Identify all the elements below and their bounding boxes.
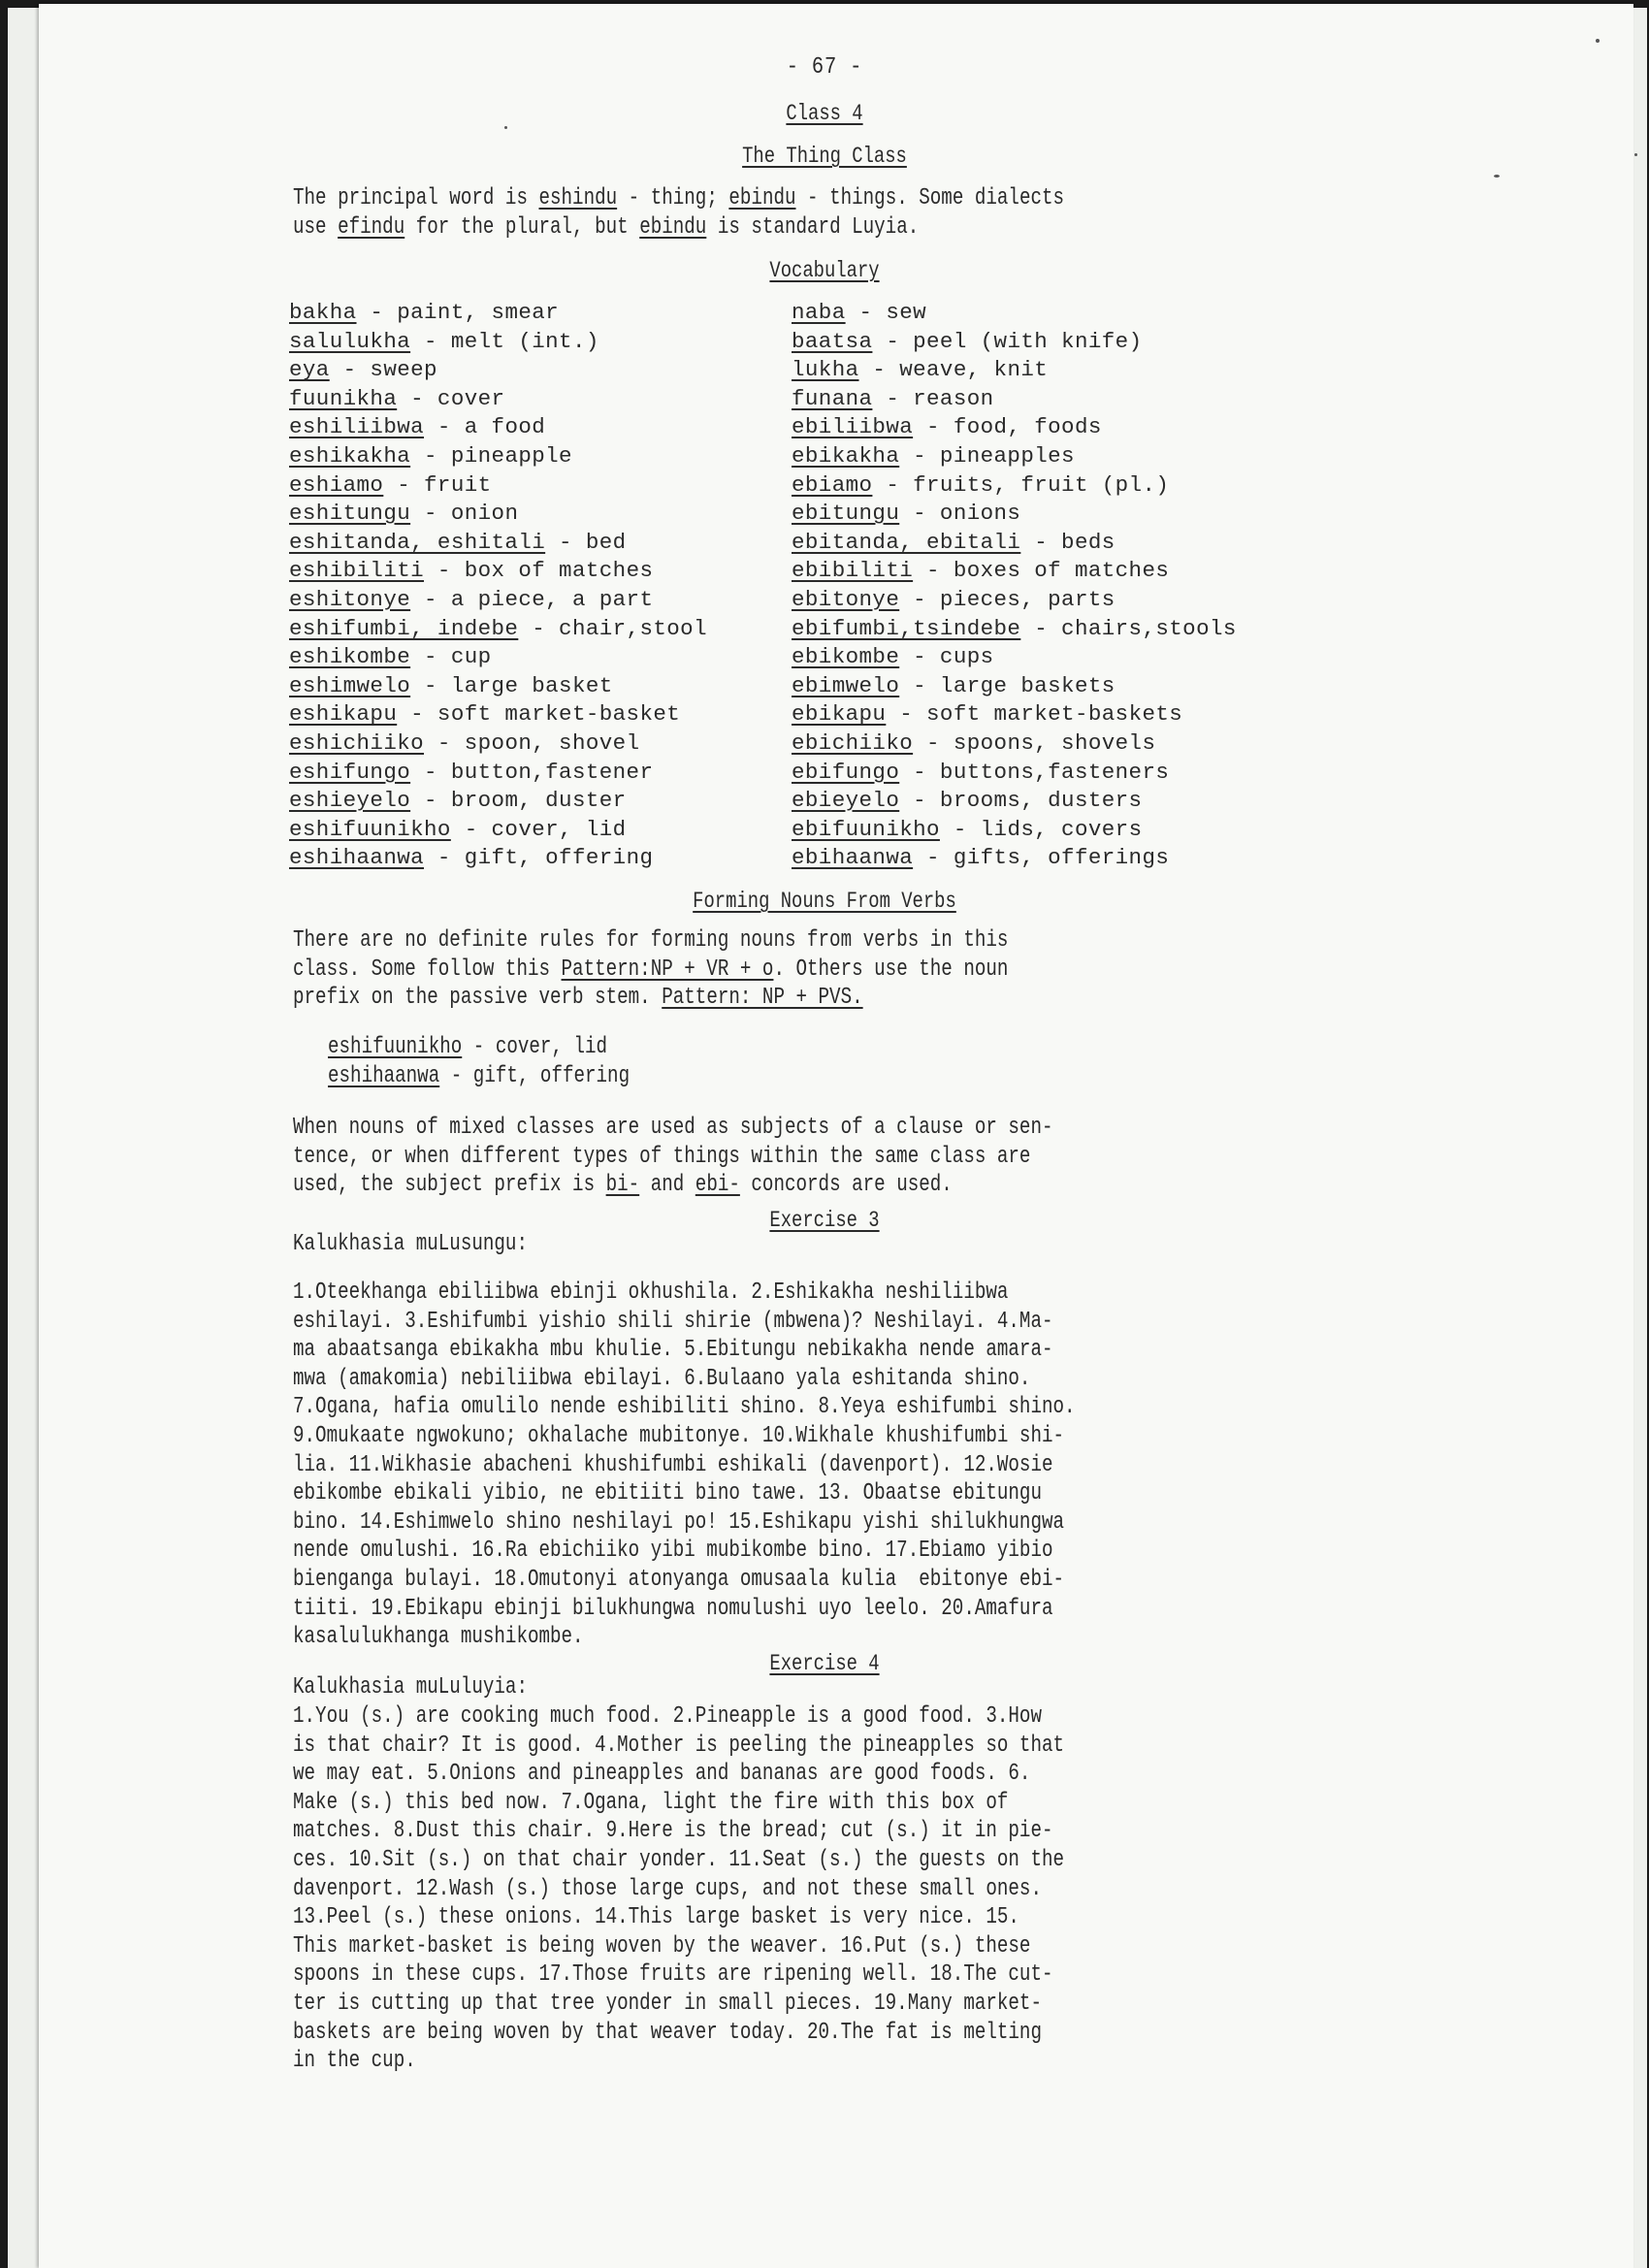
vocabulary-term: eshifungo <box>289 760 410 785</box>
vocabulary-term: eshichiiko <box>289 730 424 756</box>
vocabulary-gloss: - spoon, shovel <box>424 730 639 756</box>
exercise-3-body: 1.Oteekhanga ebiliibwa ebinji okhushila.… <box>293 1279 1286 1652</box>
vocabulary-entry: eshifuunikho - cover, lid <box>289 816 707 845</box>
vocabulary-entry: eshieyelo - broom, duster <box>289 787 707 816</box>
vocabulary-gloss: - brooms, dusters <box>899 788 1142 813</box>
vocabulary-entry: ebitungu - onions <box>792 500 1237 529</box>
vocabulary-gloss: - food, foods <box>913 414 1102 439</box>
scan-speck <box>1596 39 1600 43</box>
vocabulary-gloss: - lids, covers <box>940 817 1143 842</box>
vocabulary-gloss: - button,fastener <box>410 760 653 785</box>
vocabulary-entry: ebichiiko - spoons, shovels <box>792 729 1237 759</box>
vocabulary-term: ebifungo <box>792 760 899 785</box>
vocabulary-term: ebiamo <box>792 472 872 498</box>
vocabulary-term: eshieyelo <box>289 788 410 813</box>
vocabulary-gloss: - pineapple <box>410 443 572 469</box>
vocabulary-entry: lukha - weave, knit <box>792 356 1237 385</box>
vocabulary-gloss: - buttons,fasteners <box>899 760 1169 785</box>
vocabulary-term: ebitungu <box>792 501 899 526</box>
vocabulary-entry: eya - sweep <box>289 356 707 385</box>
vocabulary-gloss: - soft market-basket <box>397 701 680 727</box>
vocabulary-gloss: - broom, duster <box>410 788 626 813</box>
vocabulary-gloss: - fruit <box>383 472 491 498</box>
exercise-4-body: 1.You (s.) are cooking much food. 2.Pine… <box>293 1702 1286 2076</box>
vocabulary-entry: eshitanda, eshitali - bed <box>289 529 707 558</box>
vocabulary-entry: ebikombe - cups <box>792 643 1237 672</box>
vocabulary-term: eya <box>289 357 330 382</box>
page-number: - 67 - <box>124 54 1526 81</box>
vocabulary-gloss: - gift, offering <box>439 1063 630 1089</box>
vocabulary-term: ebitanda, ebitali <box>792 530 1020 555</box>
underlined-term: ebindu <box>639 214 706 241</box>
vocabulary-gloss: - cups <box>899 644 993 669</box>
vocabulary-entry: ebikapu - soft market-baskets <box>792 700 1237 729</box>
vocabulary-heading-text: Vocabulary <box>769 258 879 283</box>
vocabulary-entry: ebiliibwa - food, foods <box>792 413 1237 442</box>
vocabulary-gloss: - melt (int.) <box>410 329 599 354</box>
vocabulary-gloss: - pieces, parts <box>899 587 1115 612</box>
vocabulary-term: eshihaanwa <box>328 1063 439 1089</box>
vocabulary-gloss: - box of matches <box>424 558 653 583</box>
text-run: and <box>639 1172 695 1198</box>
vocabulary-term: ebieyelo <box>792 788 899 813</box>
vocabulary-entry: eshimwelo - large basket <box>289 672 707 701</box>
vocabulary-entry: eshitungu - onion <box>289 500 707 529</box>
vocabulary-term: eshibiliti <box>289 558 424 583</box>
vocabulary-term: ebibiliti <box>792 558 913 583</box>
vocabulary-gloss: - boxes of matches <box>913 558 1169 583</box>
vocabulary-term: ebikombe <box>792 644 899 669</box>
vocabulary-term: ebifumbi,tsindebe <box>792 616 1020 641</box>
vocabulary-gloss: - sew <box>846 300 926 325</box>
vocabulary-term: salulukha <box>289 329 410 354</box>
vocabulary-entry: ebimwelo - large baskets <box>792 672 1237 701</box>
vocabulary-entry: eshichiiko - spoon, shovel <box>289 729 707 759</box>
vocabulary-term: eshiliibwa <box>289 414 424 439</box>
vocabulary-gloss: - spoons, shovels <box>913 730 1155 756</box>
vocabulary-entry: fuunikha - cover <box>289 385 707 414</box>
vocabulary-gloss: - a piece, a part <box>410 587 653 612</box>
vocabulary-right-column: naba - sewbaatsa - peel (with knife)lukh… <box>792 299 1237 873</box>
scan-speck <box>504 126 507 129</box>
vocabulary-gloss: - pineapples <box>899 443 1075 469</box>
underlined-term: Pattern: NP + PVS. <box>662 985 862 1011</box>
forming-nouns-heading: Forming Nouns From Verbs <box>148 889 1501 914</box>
vocabulary-term: eshikapu <box>289 701 397 727</box>
vocabulary-term: ebiliibwa <box>792 414 913 439</box>
vocabulary-term: baatsa <box>792 329 872 354</box>
vocabulary-term: ebifuunikho <box>792 817 940 842</box>
vocabulary-term: naba <box>792 300 846 325</box>
vocabulary-term: funana <box>792 386 872 411</box>
vocabulary-term: fuunikha <box>289 386 397 411</box>
vocabulary-gloss: - cover <box>397 386 504 411</box>
vocabulary-gloss: - peel (with knife) <box>872 329 1142 354</box>
exercise-4-instruction: Kalukhasia muLuluyia: <box>293 1673 1286 1702</box>
vocabulary-entry: eshikombe - cup <box>289 643 707 672</box>
vocabulary-entry: ebibiliti - boxes of matches <box>792 557 1237 586</box>
vocabulary-term: eshimwelo <box>289 673 410 698</box>
vocabulary-entry: ebifumbi,tsindebe - chairs,stools <box>792 615 1237 644</box>
class-heading-text: Class 4 <box>786 101 862 126</box>
intro-paragraph: The principal word is eshindu - thing; e… <box>293 184 1286 242</box>
vocabulary-term: ebihaanwa <box>792 845 913 870</box>
vocabulary-left-column: bakha - paint, smearsalulukha - melt (in… <box>289 299 707 873</box>
vocabulary-heading: Vocabulary <box>148 258 1501 283</box>
vocabulary-gloss: - paint, smear <box>357 300 560 325</box>
forming-nouns-heading-text: Forming Nouns From Verbs <box>693 889 956 914</box>
vocabulary-term: eshifuunikho <box>328 1034 462 1060</box>
exercise-3-instruction: Kalukhasia muLusungu: <box>293 1230 1286 1259</box>
text-run: The principal word is <box>293 185 538 211</box>
vocabulary-entry: ebihaanwa - gifts, offerings <box>792 844 1237 873</box>
vocabulary-entry: eshikapu - soft market-basket <box>289 700 707 729</box>
vocabulary-entry: eshiliibwa - a food <box>289 413 707 442</box>
vocabulary-term: lukha <box>792 357 859 382</box>
vocabulary-entry: funana - reason <box>792 385 1237 414</box>
vocabulary-entry: ebitanda, ebitali - beds <box>792 529 1237 558</box>
underlined-term: Pattern:NP + VR + o <box>562 956 774 983</box>
vocabulary-gloss: - cup <box>410 644 491 669</box>
vocabulary-entry: ebieyelo - brooms, dusters <box>792 787 1237 816</box>
vocabulary-gloss: - bed <box>545 530 626 555</box>
subtitle-text: The Thing Class <box>742 144 907 169</box>
text-run: for the plural, but <box>404 214 639 241</box>
vocabulary-entry: eshitonye - a piece, a part <box>289 586 707 615</box>
vocabulary-entry: baatsa - peel (with knife) <box>792 328 1237 357</box>
underlined-term: efindu <box>338 214 404 241</box>
underlined-term: bi- <box>606 1172 640 1198</box>
scan-speck <box>1634 153 1637 156</box>
vocabulary-gloss: - weave, knit <box>859 357 1049 382</box>
vocabulary-gloss: - a food <box>424 414 545 439</box>
vocabulary-term: ebimwelo <box>792 673 899 698</box>
vocabulary-term: eshikombe <box>289 644 410 669</box>
scan-speck <box>1494 175 1500 178</box>
vocabulary-gloss: - chairs,stools <box>1020 616 1236 641</box>
vocabulary-term: eshifuunikho <box>289 817 451 842</box>
mixed-classes-paragraph: When nouns of mixed classes are used as … <box>293 1114 1286 1200</box>
vocabulary-term: ebichiiko <box>792 730 913 756</box>
vocabulary-entry: naba - sew <box>792 299 1237 328</box>
vocabulary-entry: ebiamo - fruits, fruit (pl.) <box>792 471 1237 501</box>
pattern-examples: eshifuunikho - cover, lideshihaanwa - gi… <box>328 1033 630 1090</box>
vocabulary-entry: ebitonye - pieces, parts <box>792 586 1237 615</box>
vocabulary-gloss: - soft market-baskets <box>886 701 1182 727</box>
vocabulary-gloss: - fruits, fruit (pl.) <box>872 472 1169 498</box>
vocabulary-gloss: - gifts, offerings <box>913 845 1169 870</box>
text-run: concords are used. <box>740 1172 953 1198</box>
text-run: - thing; <box>617 185 728 211</box>
vocabulary-term: eshitungu <box>289 501 410 526</box>
vocabulary-gloss: - cover, lid <box>462 1034 607 1060</box>
vocabulary-term: eshikakha <box>289 443 410 469</box>
vocabulary-entry: eshifuunikho - cover, lid <box>328 1033 630 1062</box>
vocabulary-entry: eshihaanwa - gift, offering <box>328 1062 630 1091</box>
forming-nouns-paragraph: There are no definite rules for forming … <box>293 926 1286 1013</box>
underlined-term: ebindu <box>728 185 795 211</box>
vocabulary-term: eshiamo <box>289 472 383 498</box>
vocabulary-entry: eshikakha - pineapple <box>289 442 707 471</box>
subtitle-heading: The Thing Class <box>148 144 1501 169</box>
vocabulary-gloss: - large basket <box>410 673 613 698</box>
vocabulary-term: eshihaanwa <box>289 845 424 870</box>
vocabulary-entry: eshifumbi, indebe - chair,stool <box>289 615 707 644</box>
class-heading: Class 4 <box>148 101 1501 126</box>
text-run: is standard Luyia. <box>706 214 919 241</box>
vocabulary-gloss: - cover, lid <box>451 817 627 842</box>
vocabulary-gloss: - large baskets <box>899 673 1115 698</box>
vocabulary-term: bakha <box>289 300 357 325</box>
vocabulary-entry: ebikakha - pineapples <box>792 442 1237 471</box>
underlined-term: eshindu <box>538 185 617 211</box>
vocabulary-entry: eshihaanwa - gift, offering <box>289 844 707 873</box>
vocabulary-term: eshifumbi, indebe <box>289 616 518 641</box>
vocabulary-gloss: - gift, offering <box>424 845 653 870</box>
vocabulary-entry: eshiamo - fruit <box>289 471 707 501</box>
vocabulary-gloss: - onions <box>899 501 1020 526</box>
vocabulary-gloss: - onion <box>410 501 518 526</box>
vocabulary-entry: bakha - paint, smear <box>289 299 707 328</box>
vocabulary-entry: ebifuunikho - lids, covers <box>792 816 1237 845</box>
vocabulary-term: eshitonye <box>289 587 410 612</box>
vocabulary-term: ebikakha <box>792 443 899 469</box>
vocabulary-gloss: - reason <box>872 386 993 411</box>
vocabulary-entry: eshifungo - button,fastener <box>289 759 707 788</box>
vocabulary-gloss: - sweep <box>330 357 437 382</box>
vocabulary-term: eshitanda, eshitali <box>289 530 545 555</box>
vocabulary-term: ebitonye <box>792 587 899 612</box>
vocabulary-term: ebikapu <box>792 701 886 727</box>
vocabulary-entry: salulukha - melt (int.) <box>289 328 707 357</box>
vocabulary-gloss: - beds <box>1020 530 1115 555</box>
underlined-term: ebi- <box>695 1172 740 1198</box>
vocabulary-entry: ebifungo - buttons,fasteners <box>792 759 1237 788</box>
vocabulary-entry: eshibiliti - box of matches <box>289 557 707 586</box>
vocabulary-gloss: - chair,stool <box>518 616 707 641</box>
